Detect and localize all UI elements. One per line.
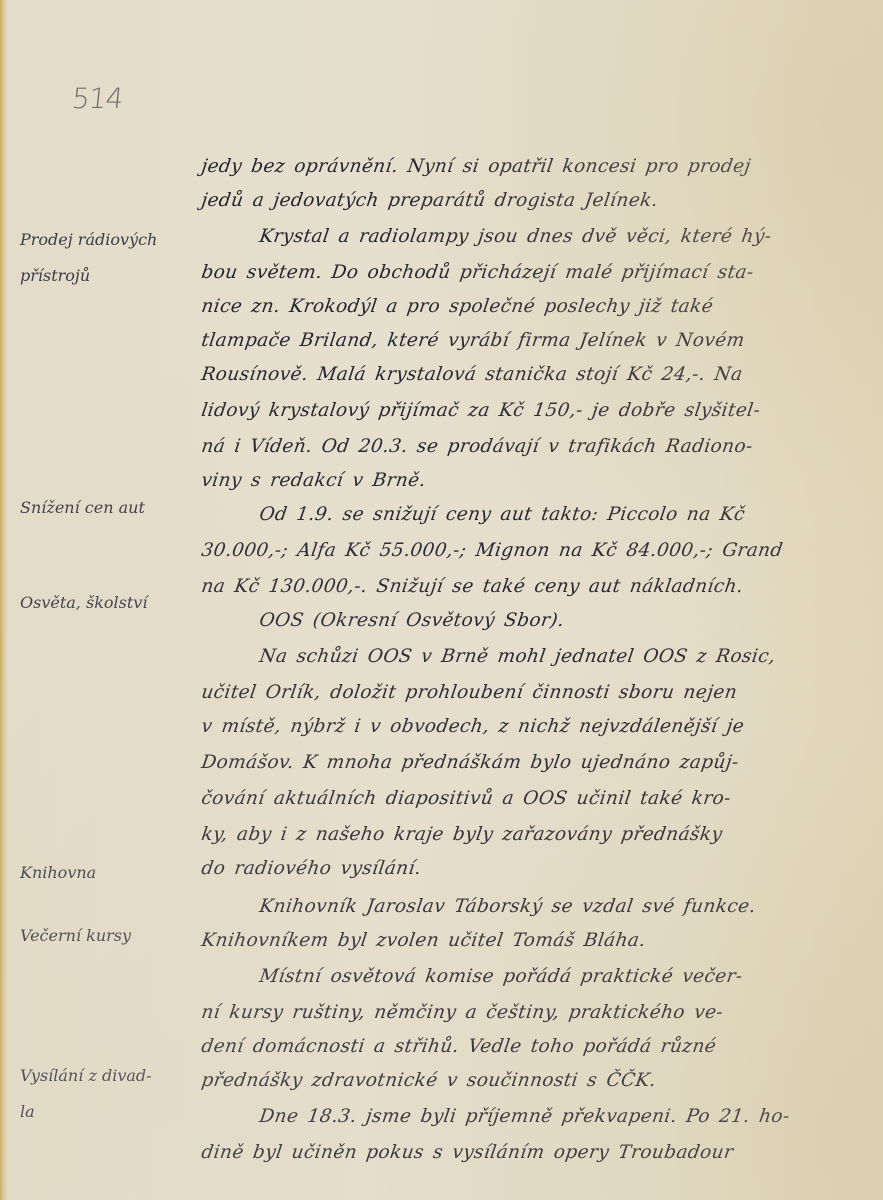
margin-note-line: Osvěta, školství: [20, 585, 210, 621]
margin-note-vysilani-z-divadla: Vysílání z divad- la: [20, 1058, 210, 1130]
body-line: Na schůzi OOS v Brně mohl jednatel OOS z…: [258, 646, 777, 667]
body-line: Domášov. K mnoha přednáškám bylo ujednán…: [200, 752, 740, 773]
body-line: dině byl učiněn pokus s vysíláním opery …: [200, 1142, 735, 1163]
body-line: Knihovník Jaroslav Táborský se vzdal své…: [258, 896, 757, 917]
body-line: do radiového vysílání.: [200, 858, 423, 879]
body-line: čování aktuálních diapositivů a OOS učin…: [200, 788, 732, 809]
body-line: přednášky zdravotnické v součinnosti s Č…: [200, 1070, 658, 1091]
body-line: Krystal a radiolampy jsou dnes dvě věci,…: [258, 226, 773, 247]
margin-note-line: Knihovna: [20, 855, 210, 891]
margin-note-line: Prodej rádiových: [20, 222, 210, 258]
body-line: tlampače Briland, které vyrábí firma Jel…: [200, 330, 746, 351]
margin-note-knihovna: Knihovna: [20, 855, 210, 891]
margin-note-line: přístrojů: [20, 258, 210, 294]
body-line: Dne 18.3. jsme byli příjemně překvapeni.…: [258, 1106, 791, 1127]
body-line: 30.000,-; Alfa Kč 55.000,-; Mignon na Kč…: [200, 540, 784, 561]
manuscript-page: 514 Prodej rádiových přístrojů Snížení c…: [0, 0, 883, 1200]
margin-note-line: Vysílání z divad-: [20, 1058, 210, 1094]
body-line: ní kursy ruštiny, němčiny a češtiny, pra…: [200, 1002, 725, 1023]
margin-note-line: la: [20, 1094, 210, 1130]
body-line: jedy bez oprávnění. Nyní si opatřil konc…: [200, 156, 752, 177]
margin-note-prodej-radiovych-pristroju: Prodej rádiových přístrojů: [20, 222, 210, 294]
body-line: Rousínově. Malá krystalová stanička stoj…: [200, 364, 744, 385]
body-line: Knihovníkem byl zvolen učitel Tomáš Bláh…: [200, 930, 647, 951]
margin-note-osveta-skolstvi: Osvěta, školství: [20, 585, 210, 621]
body-line: lidový krystalový přijímač za Kč 150,- j…: [200, 400, 762, 421]
margin-note-line: Večerní kursy: [20, 918, 210, 954]
body-line: v místě, nýbrž i v obvodech, z nichž nej…: [200, 716, 746, 737]
page-number: 514: [70, 82, 124, 115]
margin-note-vecerni-kursy: Večerní kursy: [20, 918, 210, 954]
body-line: OOS (Okresní Osvětový Sbor).: [258, 610, 566, 631]
margin-note-snizeni-cen-aut: Snížení cen aut: [20, 490, 210, 526]
body-line: bou světem. Do obchodů přicházejí malé p…: [200, 262, 755, 283]
body-line: učitel Orlík, doložit prohloubení činnos…: [200, 682, 739, 703]
body-line: na Kč 130.000,-. Snižují se také ceny au…: [200, 576, 745, 597]
body-line: viny s redakcí v Brně.: [200, 470, 427, 491]
margin-note-line: Snížení cen aut: [20, 490, 210, 526]
body-line: ná i Vídeň. Od 20.3. se prodávají v traf…: [200, 436, 754, 457]
body-line: ky, aby i z našeho kraje byly zařazovány…: [200, 824, 724, 845]
body-line: dení domácnosti a střihů. Vedle toho poř…: [200, 1036, 718, 1057]
body-line: Místní osvětová komise pořádá praktické …: [258, 966, 744, 987]
body-line: Od 1.9. se snižují ceny aut takto: Picco…: [258, 504, 746, 525]
body-line: jedů a jedovatých preparátů drogista Jel…: [200, 190, 660, 211]
body-line: nice zn. Krokodýl a pro společné poslech…: [200, 296, 715, 317]
